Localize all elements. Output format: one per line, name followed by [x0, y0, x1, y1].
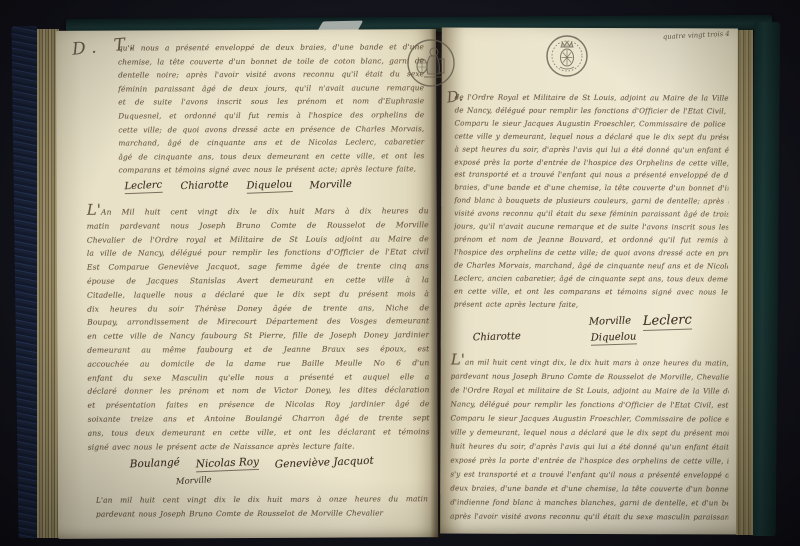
manuscript-line: âgé de cinquante ans, tous deux demeuran…	[118, 149, 424, 164]
folio-number-note: quatre vingt trois 4	[663, 30, 730, 41]
manuscript-line: L'an mil huit cent vingt dix, le dix hui…	[451, 353, 729, 371]
stacked-page-edges-right	[736, 30, 753, 535]
signature: Boulangé	[130, 456, 181, 470]
manuscript-line: signé avec nous le présent acte de Naiss…	[88, 439, 430, 454]
manuscript-line: de Charles Morvais, marchand, âgé de cin…	[454, 259, 728, 273]
signature: Diquelou	[591, 331, 637, 345]
manuscript-line: huit heures du soir, d'après l'avis qui …	[450, 440, 728, 455]
exposure-act-witness-signatures: Chiarotte Diquelou	[473, 332, 637, 346]
manuscript-line: deux braies, d'une bande et d'une chemis…	[450, 482, 728, 497]
manuscript-line: à sept heures du soir, d'après l'avis qu…	[454, 143, 728, 157]
manuscript-line: Comparu le sieur Jacques Augustin Froesc…	[455, 117, 729, 131]
manuscript-line: l'hospice des orphelins de cette ville; …	[454, 246, 728, 260]
manuscript-line: féminin paraissant âgé de deux jours, qu…	[118, 81, 424, 96]
manuscript-line: Citadelle, laquelle nous a déclaré que l…	[87, 287, 429, 302]
manuscript-line: visité avons reconnu qu'il était du sexe…	[454, 208, 728, 222]
manuscript-line: pardevant nous Joseph Bruno Comte de Rou…	[451, 370, 729, 385]
manuscript-line: demeurant au même faubourg et de Jeanne …	[87, 342, 429, 357]
manuscript-line: exposé près la porte d'entrée de l'hospi…	[454, 156, 728, 170]
manuscript-line: est transporté et a trouvé l'enfant qui …	[454, 169, 728, 183]
birth-act-paragraph: L'An Mil huit cent vingt dix le dix huit…	[87, 202, 430, 454]
manuscript-line: qu'il nous a présenté enveloppé de deux …	[118, 40, 424, 55]
manuscript-line: Est Comparue Geneviève Jacquot, sage fem…	[87, 259, 429, 274]
signature: Diquelou	[246, 179, 292, 194]
signature: Chiarotte	[473, 331, 521, 344]
manuscript-line: de Nancy, délégué pour remplir les fonct…	[455, 104, 729, 118]
manuscript-line: ans, tous deux demeurant en cette ville,…	[88, 425, 430, 440]
manuscript-line: s'y est transporté et a trouvé l'enfant …	[450, 468, 728, 483]
manuscript-line: la ville de Nancy, délégué pour remplir …	[87, 246, 429, 261]
fiscal-stamp-seated-figure-icon	[406, 37, 456, 89]
manuscript-line: cette ville; de quoi avons dressé acte e…	[118, 122, 424, 137]
manuscript-line: Duquesnel, et ordonné qu'il fut remis à …	[118, 108, 424, 123]
official-signature: Morville	[176, 475, 212, 487]
manuscript-line: cette ville y demeurant, lequel nous a d…	[454, 130, 728, 144]
manuscript-line: déclaré donner les prénom et nom de Vict…	[87, 384, 429, 399]
signature: Chiarotte	[180, 179, 228, 192]
manuscript-line: dix heures du soir Thérèse Doney âgée de…	[87, 301, 429, 316]
exposure-act-paragraph: de l'Ordre Royal et Militaire de St Loui…	[454, 92, 729, 312]
manuscript-line: comparans et témoins signé avec nous le …	[118, 163, 424, 178]
right-page: quatre vingt trois 4 D. de l'Ordre Royal…	[440, 27, 738, 534]
signature: Leclerc	[124, 180, 162, 194]
manuscript-line: ville y demeurant, lequel nous a déclaré…	[450, 426, 728, 441]
signature: Leclerc	[643, 313, 692, 332]
photograph-of-register: D. T. qu'il nous a présenté enveloppé de…	[0, 0, 800, 546]
manuscript-line: braies, d'une bande et d'une chemise, la…	[454, 182, 728, 196]
manuscript-line: dentelle noire; après l'avoir visité avo…	[118, 67, 424, 82]
manuscript-line: enfant du sexe Masculin qu'elle nous a p…	[87, 370, 429, 385]
manuscript-line: matin pardevant nous Joseph Bruno Comte …	[87, 218, 429, 233]
manuscript-line: soixante treize ans et Antoine Boulangé …	[88, 411, 430, 426]
manuscript-line: de l'Ordre Royal et militaire de St Loui…	[451, 384, 729, 399]
manuscript-line: d'indienne fond blanc à manches blanches…	[450, 496, 728, 511]
manuscript-line: prénom et nom de Jeanne Bouvard, et ordo…	[454, 233, 728, 247]
manuscript-line: L'An Mil huit cent vingt dix le dix huit…	[87, 202, 429, 219]
signature: Morville	[589, 315, 632, 327]
manuscript-line: et de suite l'avons inscrit sous les pré…	[118, 95, 424, 110]
manuscript-line: Comparu le sieur Jacques Augustin Froesc…	[450, 412, 728, 427]
exposure-act-signature-row: Morville Leclerc	[589, 313, 692, 330]
manuscript-line: Chevalier de l'Ordre royal et Militaire …	[87, 232, 429, 247]
manuscript-line: et présentation faites en présence de Ni…	[87, 397, 429, 412]
manuscript-line: Leclerc, ancien cabaretier, âgé de cinqu…	[454, 272, 728, 286]
next-act-opening-lines: L'an mil huit cent vingt dix le dix huit…	[96, 492, 428, 520]
signature: Morville	[310, 179, 353, 192]
act-continuation-paragraph: qu'il nous a présenté enveloppé de deux …	[118, 40, 425, 177]
left-page: D. T. qu'il nous a présenté enveloppé de…	[56, 29, 438, 539]
crowned-medallion-stamp-icon	[545, 34, 589, 78]
manuscript-line: exposé près la porte d'entrée de l'hospi…	[450, 454, 728, 469]
manuscript-line: Boupay, arrondissement de Mirecourt Dépa…	[87, 315, 429, 330]
manuscript-line: pardevant nous Joseph Bruno Comte de Rou…	[96, 506, 428, 521]
manuscript-line: L'an mil huit cent vingt dix le dix huit…	[96, 492, 428, 507]
manuscript-line: marchand, âgé de cinquante ans et de Nic…	[118, 135, 424, 150]
second-exposure-act-paragraph: L'an mil huit cent vingt dix, le dix hui…	[450, 353, 729, 525]
manuscript-line: chemise, la tête couverte d'un bonnet de…	[118, 54, 424, 69]
manuscript-line: de l'Ordre Royal et Militaire de St Loui…	[455, 92, 729, 106]
manuscript-line: Nancy, délégué pour remplir les fonction…	[451, 398, 729, 413]
book-cover-right-edge	[750, 22, 780, 536]
manuscript-line: en cette ville, et ont les comparans et …	[454, 285, 728, 299]
manuscript-line: après l'avoir visité avons reconnu qu'il…	[450, 510, 728, 525]
manuscript-line: fond blanc à bouquets de plusieurs coule…	[454, 195, 728, 209]
act1-signature-row: Leclerc Chiarotte Diquelou Morville	[125, 180, 353, 194]
signature: Geneviève Jacquot	[275, 455, 374, 471]
manuscript-line: présent acte après lecture faite,	[454, 298, 728, 312]
signature: Nicolas Roy	[196, 456, 260, 472]
manuscript-line: accouchée au domicile de la dame rue Bai…	[87, 356, 429, 371]
manuscript-line: jours, qu'il n'avait aucune remarque et …	[454, 221, 728, 235]
act2-signature-row: Boulangé Nicolas Roy Geneviève Jacquot	[130, 456, 374, 471]
manuscript-line: épouse de Jacques Stanislas Avert demeur…	[87, 273, 429, 288]
manuscript-line: en cette ville de Nancy faubourg St Pier…	[87, 328, 429, 343]
